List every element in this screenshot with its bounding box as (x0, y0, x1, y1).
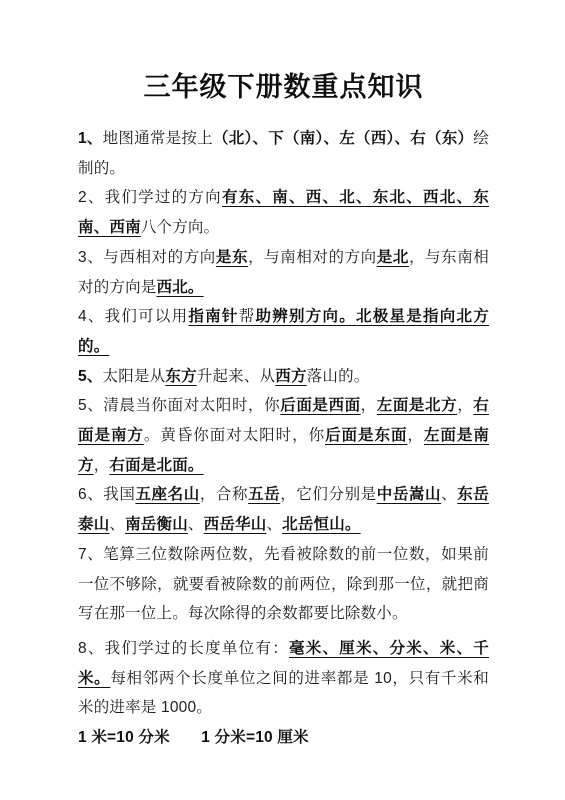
document-page: 三年级下册数重点知识 1、地图通常是按上（北）、下（南）、左（西）、右（东）绘制… (0, 0, 565, 800)
text-segment: 8、我们学过的长度单位有： (78, 640, 289, 657)
text-segment: 。黄昏你面对太阳时，你 (144, 427, 325, 444)
highlighted-text: 北岳恒山。 (282, 516, 361, 533)
highlighted-text: 是东 (216, 249, 248, 266)
highlighted-text: 指南针 (188, 308, 238, 325)
text-segment: 5、清晨当你面对太阳时，你 (78, 397, 280, 414)
highlighted-text: 后面是西面 (280, 397, 360, 414)
text-segment: 八个方向。 (141, 219, 220, 236)
highlighted-text: 西岳华山 (204, 516, 267, 533)
text-segment: 、 (109, 516, 125, 533)
paragraph: 3、与西相对的方向是东，与南相对的方向是北，与东南相对的方向是西北。 (78, 243, 489, 302)
paragraph: 1 米=10 分米 1 分米=10 厘米 (78, 723, 489, 753)
highlighted-text: 东方 (165, 368, 196, 385)
text-segment: ，与南相对的方向 (248, 249, 377, 266)
highlighted-text: 右面是北面。 (109, 457, 203, 474)
text-segment: 太阳是从 (103, 368, 166, 385)
text-segment: ， (457, 397, 473, 414)
text-segment: 3、与西相对的方向 (78, 249, 216, 266)
highlighted-text: 左面是北方 (377, 397, 457, 414)
page-title: 三年级下册数重点知识 (78, 70, 489, 104)
paragraph: 7、笔算三位数除两位数，先看被除数的前一位数，如果前一位不够除，就要看被除数的前… (78, 540, 489, 629)
paragraph: 5、太阳是从东方升起来、从西方落山的。 (78, 362, 489, 392)
text-segment: ，它们分别是 (280, 486, 377, 503)
text-segment: ， (94, 457, 110, 474)
highlighted-text: 五座名山 (135, 486, 199, 503)
paragraph: 4、我们可以用指南针帮助辨别方向。北极星是指向北方的。 (78, 302, 489, 361)
highlighted-text: 中岳嵩山 (377, 486, 441, 503)
text-segment: 帮 (239, 308, 256, 325)
text-segment: 每相邻两个长度单位之间的进率都是 10，只有千米和米的进率是 1000。 (78, 670, 489, 717)
text-segment: 地图通常是按上 (103, 130, 213, 147)
text-segment: （北）、下（南）、左（西）、右（东） (213, 130, 473, 147)
text-segment: 7、笔算三位数除两位数，先看被除数的前一位数，如果前一位不够除，就要看被除数的前… (78, 546, 489, 622)
highlighted-text: 南岳衡山 (125, 516, 188, 533)
highlighted-text: 西北。 (157, 279, 204, 296)
document-body: 1、地图通常是按上（北）、下（南）、左（西）、右（东）绘制的。2、我们学过的方向… (78, 124, 489, 753)
text-segment: 升起来、从 (197, 368, 276, 385)
paragraph: 6、我国五座名山，合称五岳，它们分别是中岳嵩山、东岳泰山、南岳衡山、西岳华山、北… (78, 480, 489, 539)
paragraph: 2、我们学过的方向有东、南、西、北、东北、西北、东南、西南八个方向。 (78, 183, 489, 242)
text-segment: ， (407, 427, 423, 444)
text-segment: 6、我国 (78, 486, 135, 503)
paragraph: 5、清晨当你面对太阳时，你后面是西面，左面是北方，右面是南方。黄昏你面对太阳时，… (78, 391, 489, 480)
paragraph: 1、地图通常是按上（北）、下（南）、左（西）、右（东）绘制的。 (78, 124, 489, 183)
text-segment: 5、 (78, 368, 103, 385)
text-segment: 1、 (78, 130, 103, 147)
text-segment: ， (361, 397, 377, 414)
text-segment: 4、我们可以用 (78, 308, 188, 325)
text-segment: 、 (266, 516, 282, 533)
highlighted-text: 西方 (275, 368, 306, 385)
text-segment: 2、我们学过的方向 (78, 189, 222, 206)
text-segment: 落山的。 (307, 368, 370, 385)
text-segment: 1 米=10 分米 1 分米=10 厘米 (78, 729, 309, 746)
highlighted-text: 五岳 (248, 486, 280, 503)
paragraph: 8、我们学过的长度单位有：毫米、厘米、分米、米、千米。每相邻两个长度单位之间的进… (78, 634, 489, 723)
text-segment: ，合称 (200, 486, 248, 503)
highlighted-text: 是北 (377, 249, 409, 266)
text-segment: 、 (188, 516, 204, 533)
highlighted-text: 后面是东面 (325, 427, 407, 444)
text-segment: 、 (441, 486, 457, 503)
